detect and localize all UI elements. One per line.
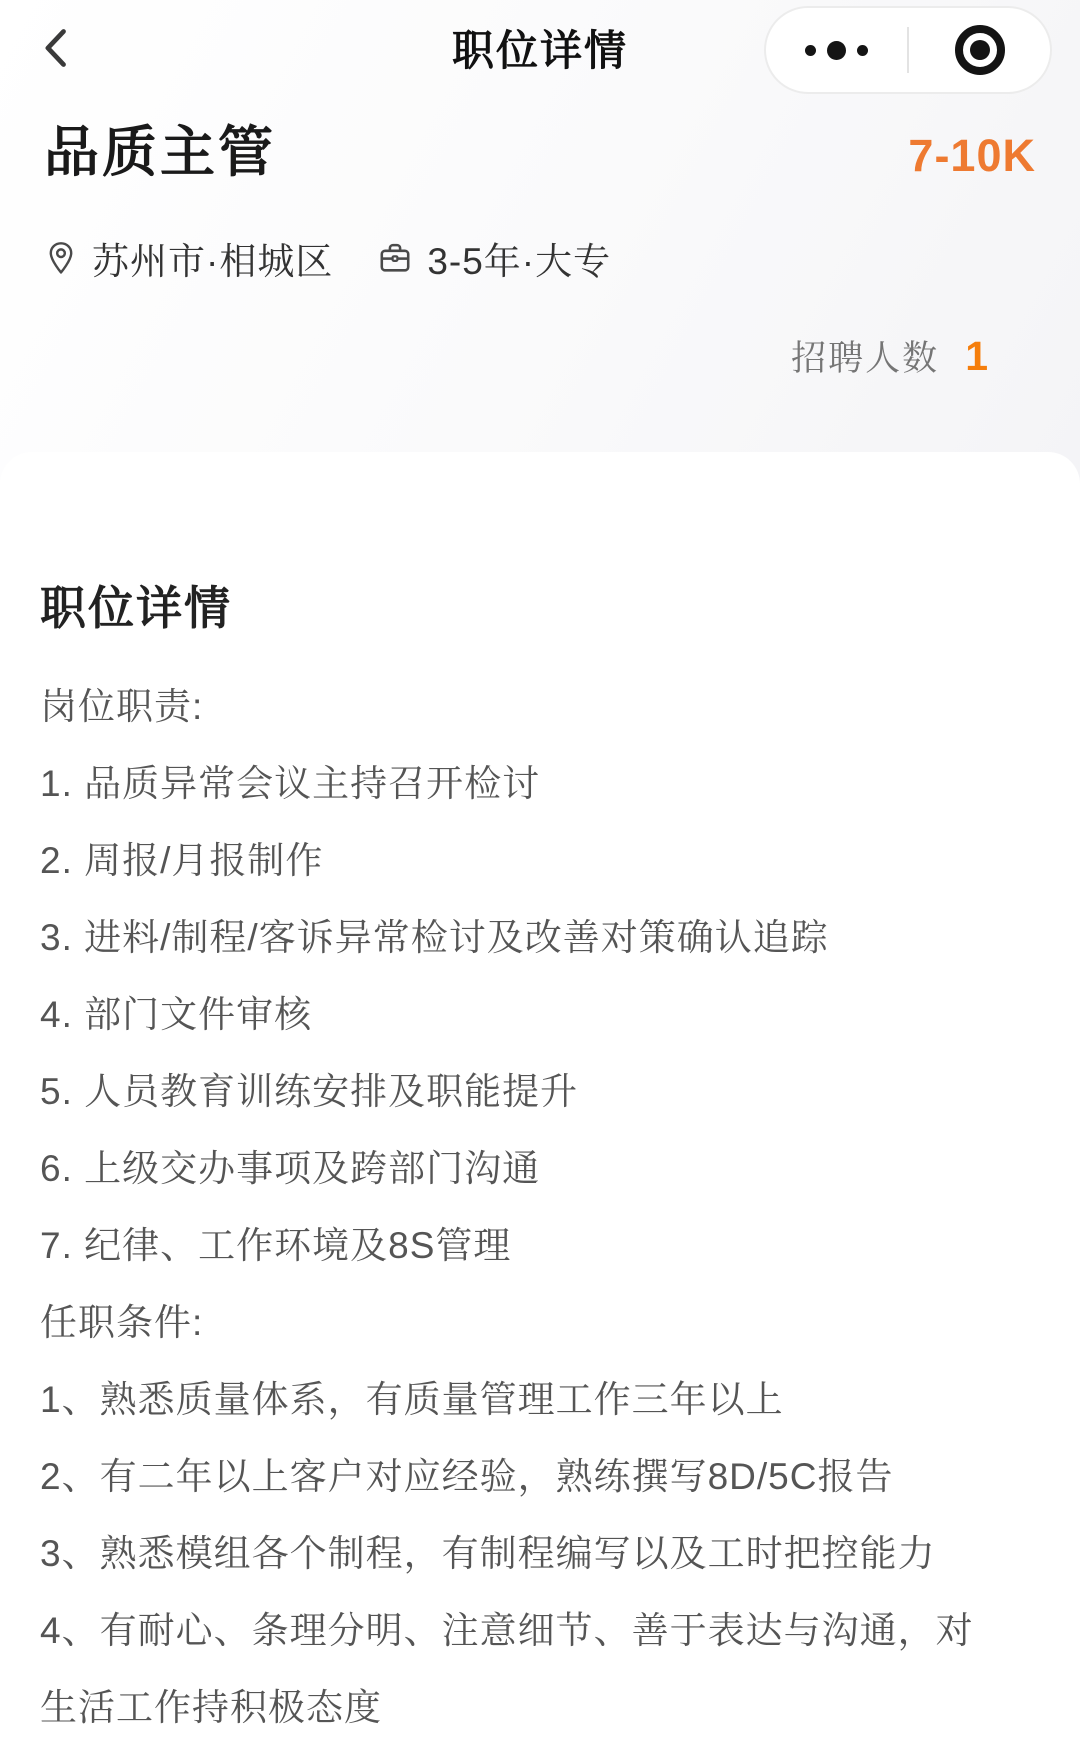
location-pin-icon	[44, 239, 78, 277]
more-menu-button[interactable]	[766, 8, 907, 92]
job-meta-row: 苏州市·相城区 3-5年·大专	[44, 231, 1036, 285]
description-line: 4. 部门文件审核	[40, 976, 1040, 1053]
description-line: 岗位职责:	[40, 668, 1040, 745]
description-line: 6. 上级交办事项及跨部门沟通	[40, 1130, 1040, 1207]
description-line: 1、熟悉质量体系，有质量管理工作三年以上	[40, 1361, 1040, 1438]
recruit-count-label: 招聘人数	[791, 331, 939, 381]
exit-miniprogram-button[interactable]	[909, 8, 1050, 92]
description-line: 7. 纪律、工作环境及8S管理	[40, 1207, 1040, 1284]
chevron-left-icon	[36, 23, 80, 73]
three-dots-icon	[805, 41, 868, 60]
job-title: 品质主管	[44, 108, 276, 187]
description-line: 4、有耐心、条理分明、注意细节、善于表达与沟通，对	[40, 1592, 1040, 1669]
description-line: 3、熟悉模组各个制程，有制程编写以及工时把控能力	[40, 1515, 1040, 1592]
recruit-count-value: 1	[965, 333, 988, 380]
briefcase-icon	[377, 240, 413, 276]
detail-section-title: 职位详情	[40, 572, 1040, 638]
salary-range: 7-10K	[908, 130, 1036, 182]
miniprogram-capsule	[764, 6, 1052, 94]
description-line: 生活工作持积极态度	[40, 1669, 1040, 1746]
target-circle-icon	[955, 25, 1005, 75]
description-line: 3. 进料/制程/客诉异常检讨及改善对策确认追踪	[40, 899, 1040, 976]
description-line: 2. 周报/月报制作	[40, 822, 1040, 899]
experience-education-text: 3-5年·大专	[427, 231, 611, 285]
top-bar: 职位详情	[0, 0, 1080, 96]
description-line: 5. 人员教育训练安排及职能提升	[40, 1053, 1040, 1130]
recruit-row: 招聘人数 1	[44, 331, 1036, 381]
description-line: 1. 品质异常会议主持召开检讨	[40, 745, 1040, 822]
job-header: 品质主管 7-10K 苏州市·相城区	[0, 96, 1080, 381]
back-button[interactable]	[30, 20, 86, 76]
job-detail-card: 职位详情 岗位职责: 1. 品质异常会议主持召开检讨 2. 周报/月报制作 3.…	[0, 452, 1080, 1751]
job-description: 岗位职责: 1. 品质异常会议主持召开检讨 2. 周报/月报制作 3. 进料/制…	[40, 668, 1040, 1746]
experience-meta: 3-5年·大专	[377, 231, 611, 285]
location-meta: 苏州市·相城区	[44, 231, 333, 285]
description-line: 2、有二年以上客户对应经验，熟练撰写8D/5C报告	[40, 1438, 1040, 1515]
job-detail-screen: 职位详情 品质主管 7-10K	[0, 0, 1080, 1751]
description-line: 任职条件:	[40, 1284, 1040, 1361]
location-text: 苏州市·相城区	[92, 231, 333, 285]
